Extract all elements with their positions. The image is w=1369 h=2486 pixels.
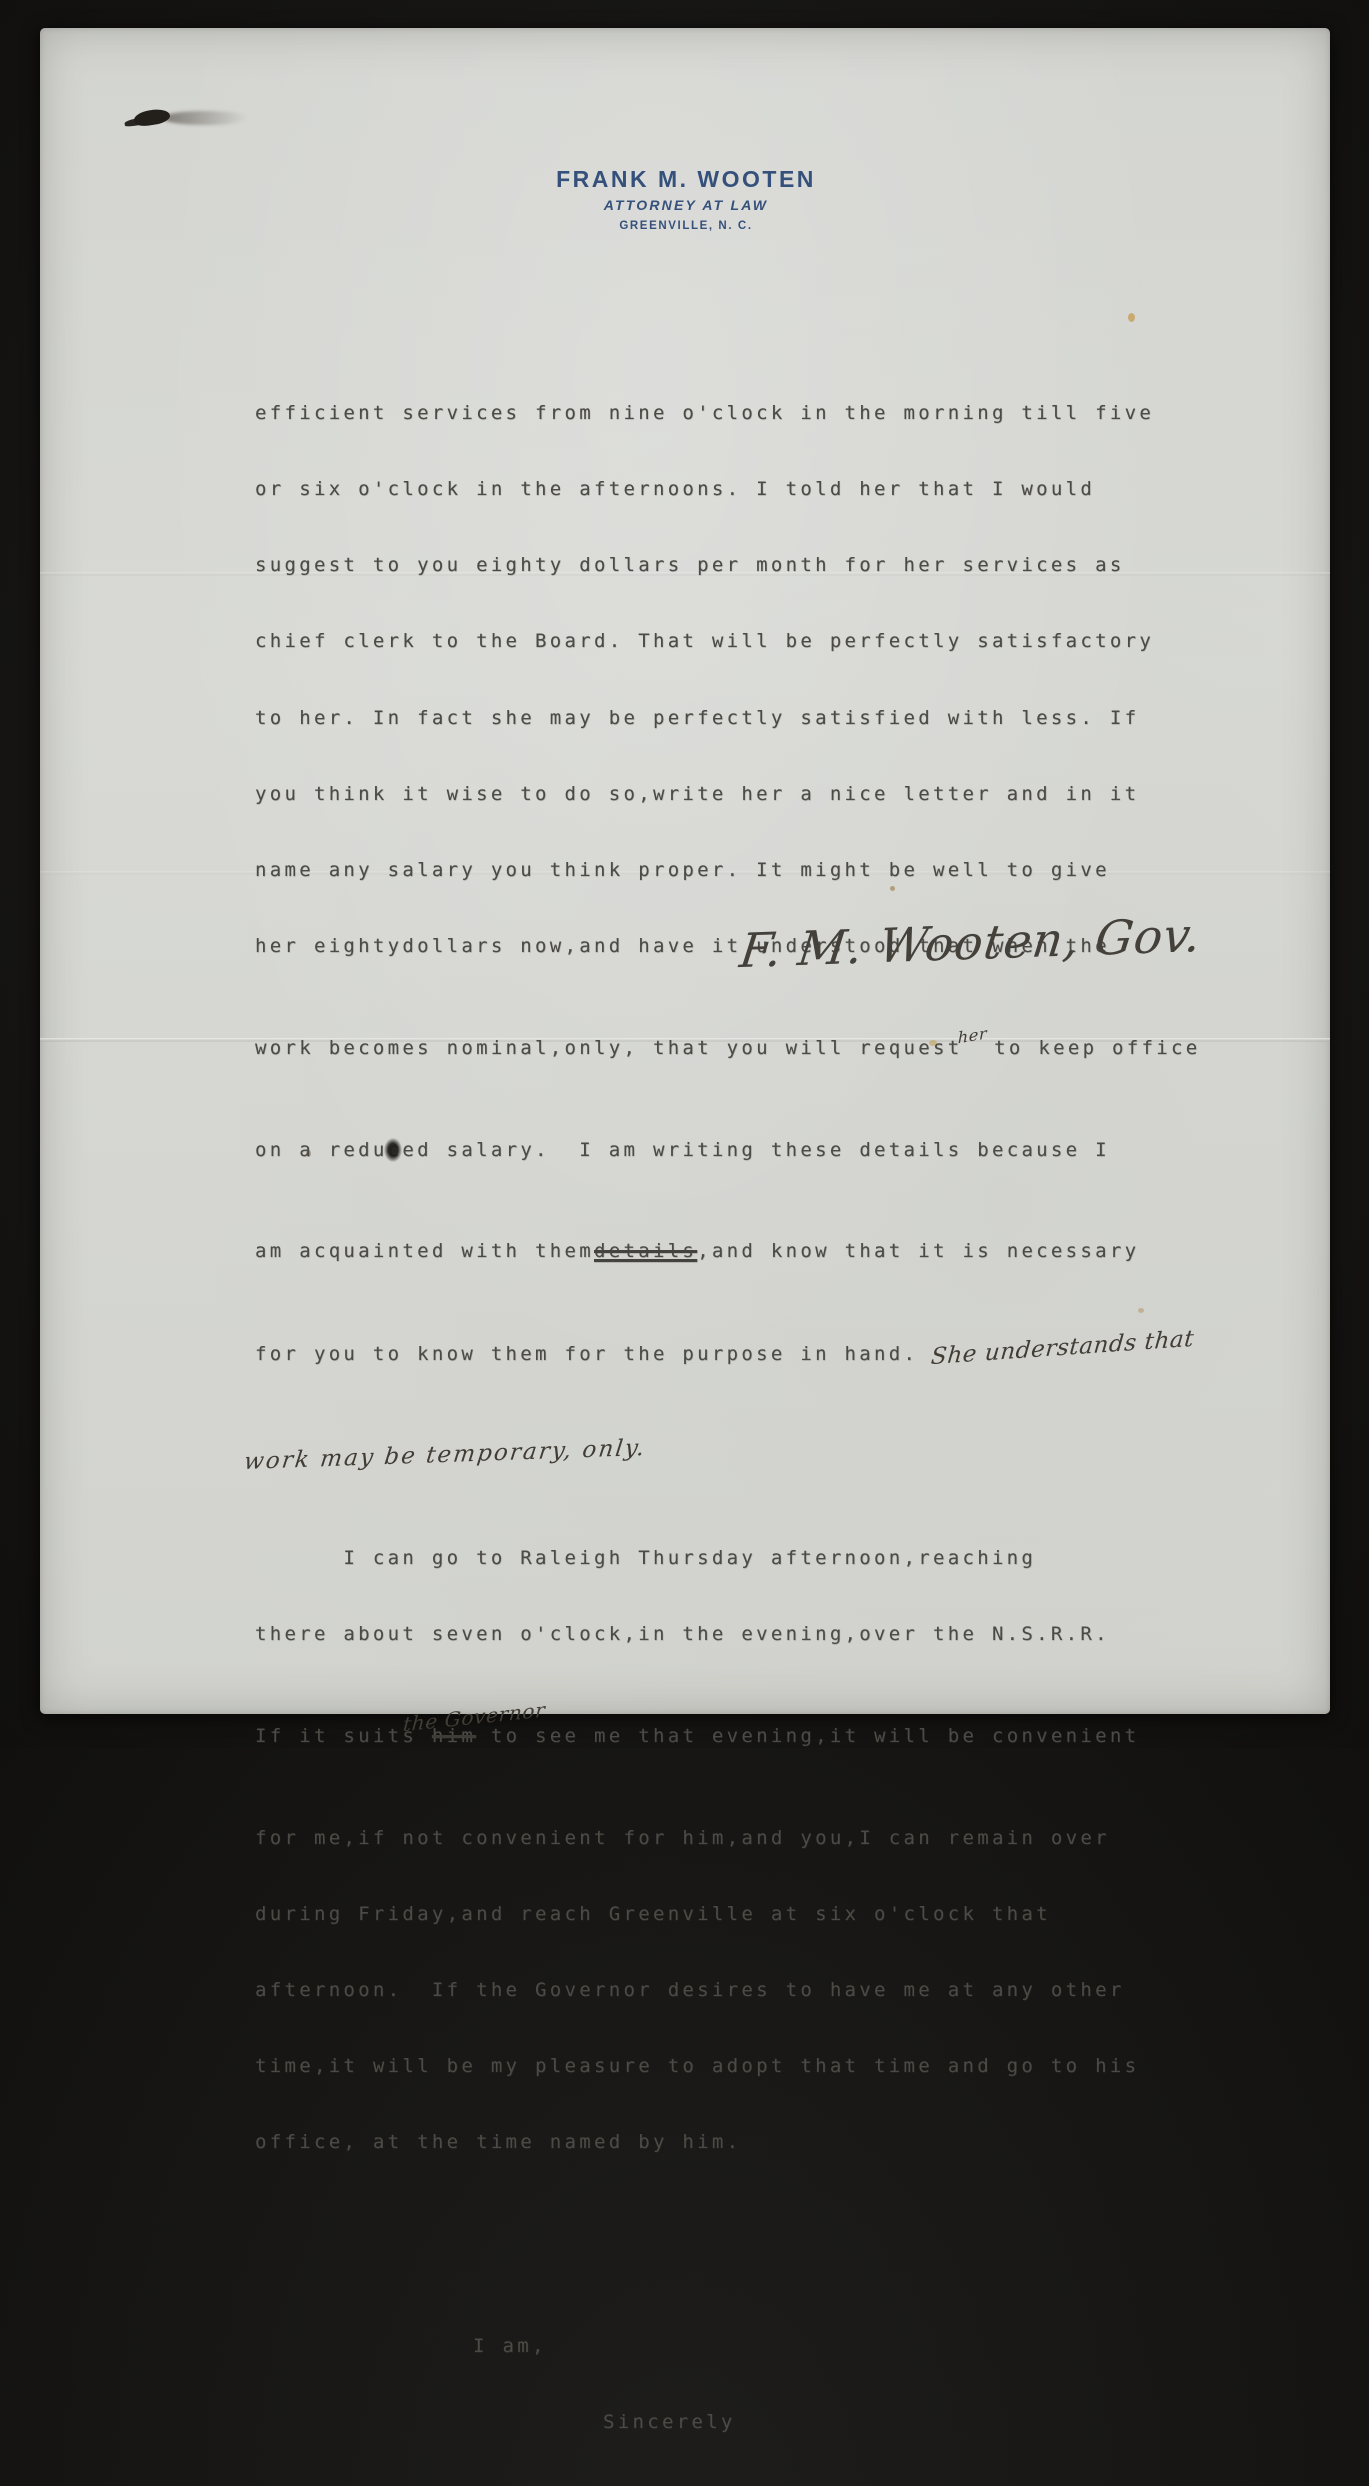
paper-stain [1128,313,1135,322]
letter-line: I can go to Raleigh Thursday afternoon,r… [255,1546,1201,1571]
ink-blot: c [388,1139,403,1161]
letter-line: If it suits himthe Governor to see me th… [255,1724,1201,1748]
letter-line: to her. In fact she may be perfectly sat… [255,706,1201,731]
typed-text: on a redu [255,1139,388,1161]
typed-text: work becomes nominal,only, that you will… [255,1037,962,1059]
letter-line: there about seven o'clock,in the evening… [255,1622,1201,1647]
correction: himthe Governor [432,1724,476,1748]
letter-line: on a reduced salary. I am writing these … [255,1138,1201,1163]
struck-word: details [594,1240,697,1262]
letter-line: name any salary you think proper. It mig… [255,858,1201,883]
letter-page: FRANK M. WOOTEN ATTORNEY AT LAW GREENVIL… [40,28,1330,1714]
letter-line: efficient services from nine o'clock in … [255,401,1201,426]
typed-text: for you to know them for the purpose in … [255,1343,918,1365]
handwritten-insert: her [958,1021,987,1051]
typed-text: ed salary. I am writing these details be… [402,1139,1109,1161]
letterhead-location: GREENVILLE, N. C. [556,220,816,233]
letterhead: FRANK M. WOOTEN ATTORNEY AT LAW GREENVIL… [556,166,816,233]
letter-line-handwritten: work may be temporary, only. [255,1443,1201,1469]
letter-line: chief clerk to the Board. That will be p… [255,629,1201,654]
scan-background: FRANK M. WOOTEN ATTORNEY AT LAW GREENVIL… [0,0,1369,1748]
letter-body: efficient services from nine o'clock in … [255,350,1201,1748]
letter-line: work becomes nominal,only, that you will… [255,1036,1201,1061]
letterhead-title: ATTORNEY AT LAW [556,197,816,214]
letter-line: you think it wise to do so,write her a n… [255,782,1201,807]
typed-text: to keep office [979,1037,1200,1059]
typed-text: ,and know that it is necessary [697,1240,1139,1262]
typed-text: am acquainted with them [255,1240,594,1262]
letterhead-name: FRANK M. WOOTEN [556,166,816,192]
letter-line: suggest to you eighty dollars per month … [255,553,1201,578]
paper-smudge [162,111,248,125]
typed-text: to see me that evening,it will be conven… [476,1725,1139,1747]
handwritten-note: She understands that [930,1327,1195,1371]
handwritten-note: work may be temporary, only. [242,1436,647,1475]
letter-line: or six o'clock in the afternoons. I told… [255,477,1201,502]
paper-tear-hole [133,107,171,127]
letter-line: for you to know them for the purpose in … [255,1341,1201,1367]
letter-line: am acquainted with themdetails,and know … [255,1239,1201,1264]
